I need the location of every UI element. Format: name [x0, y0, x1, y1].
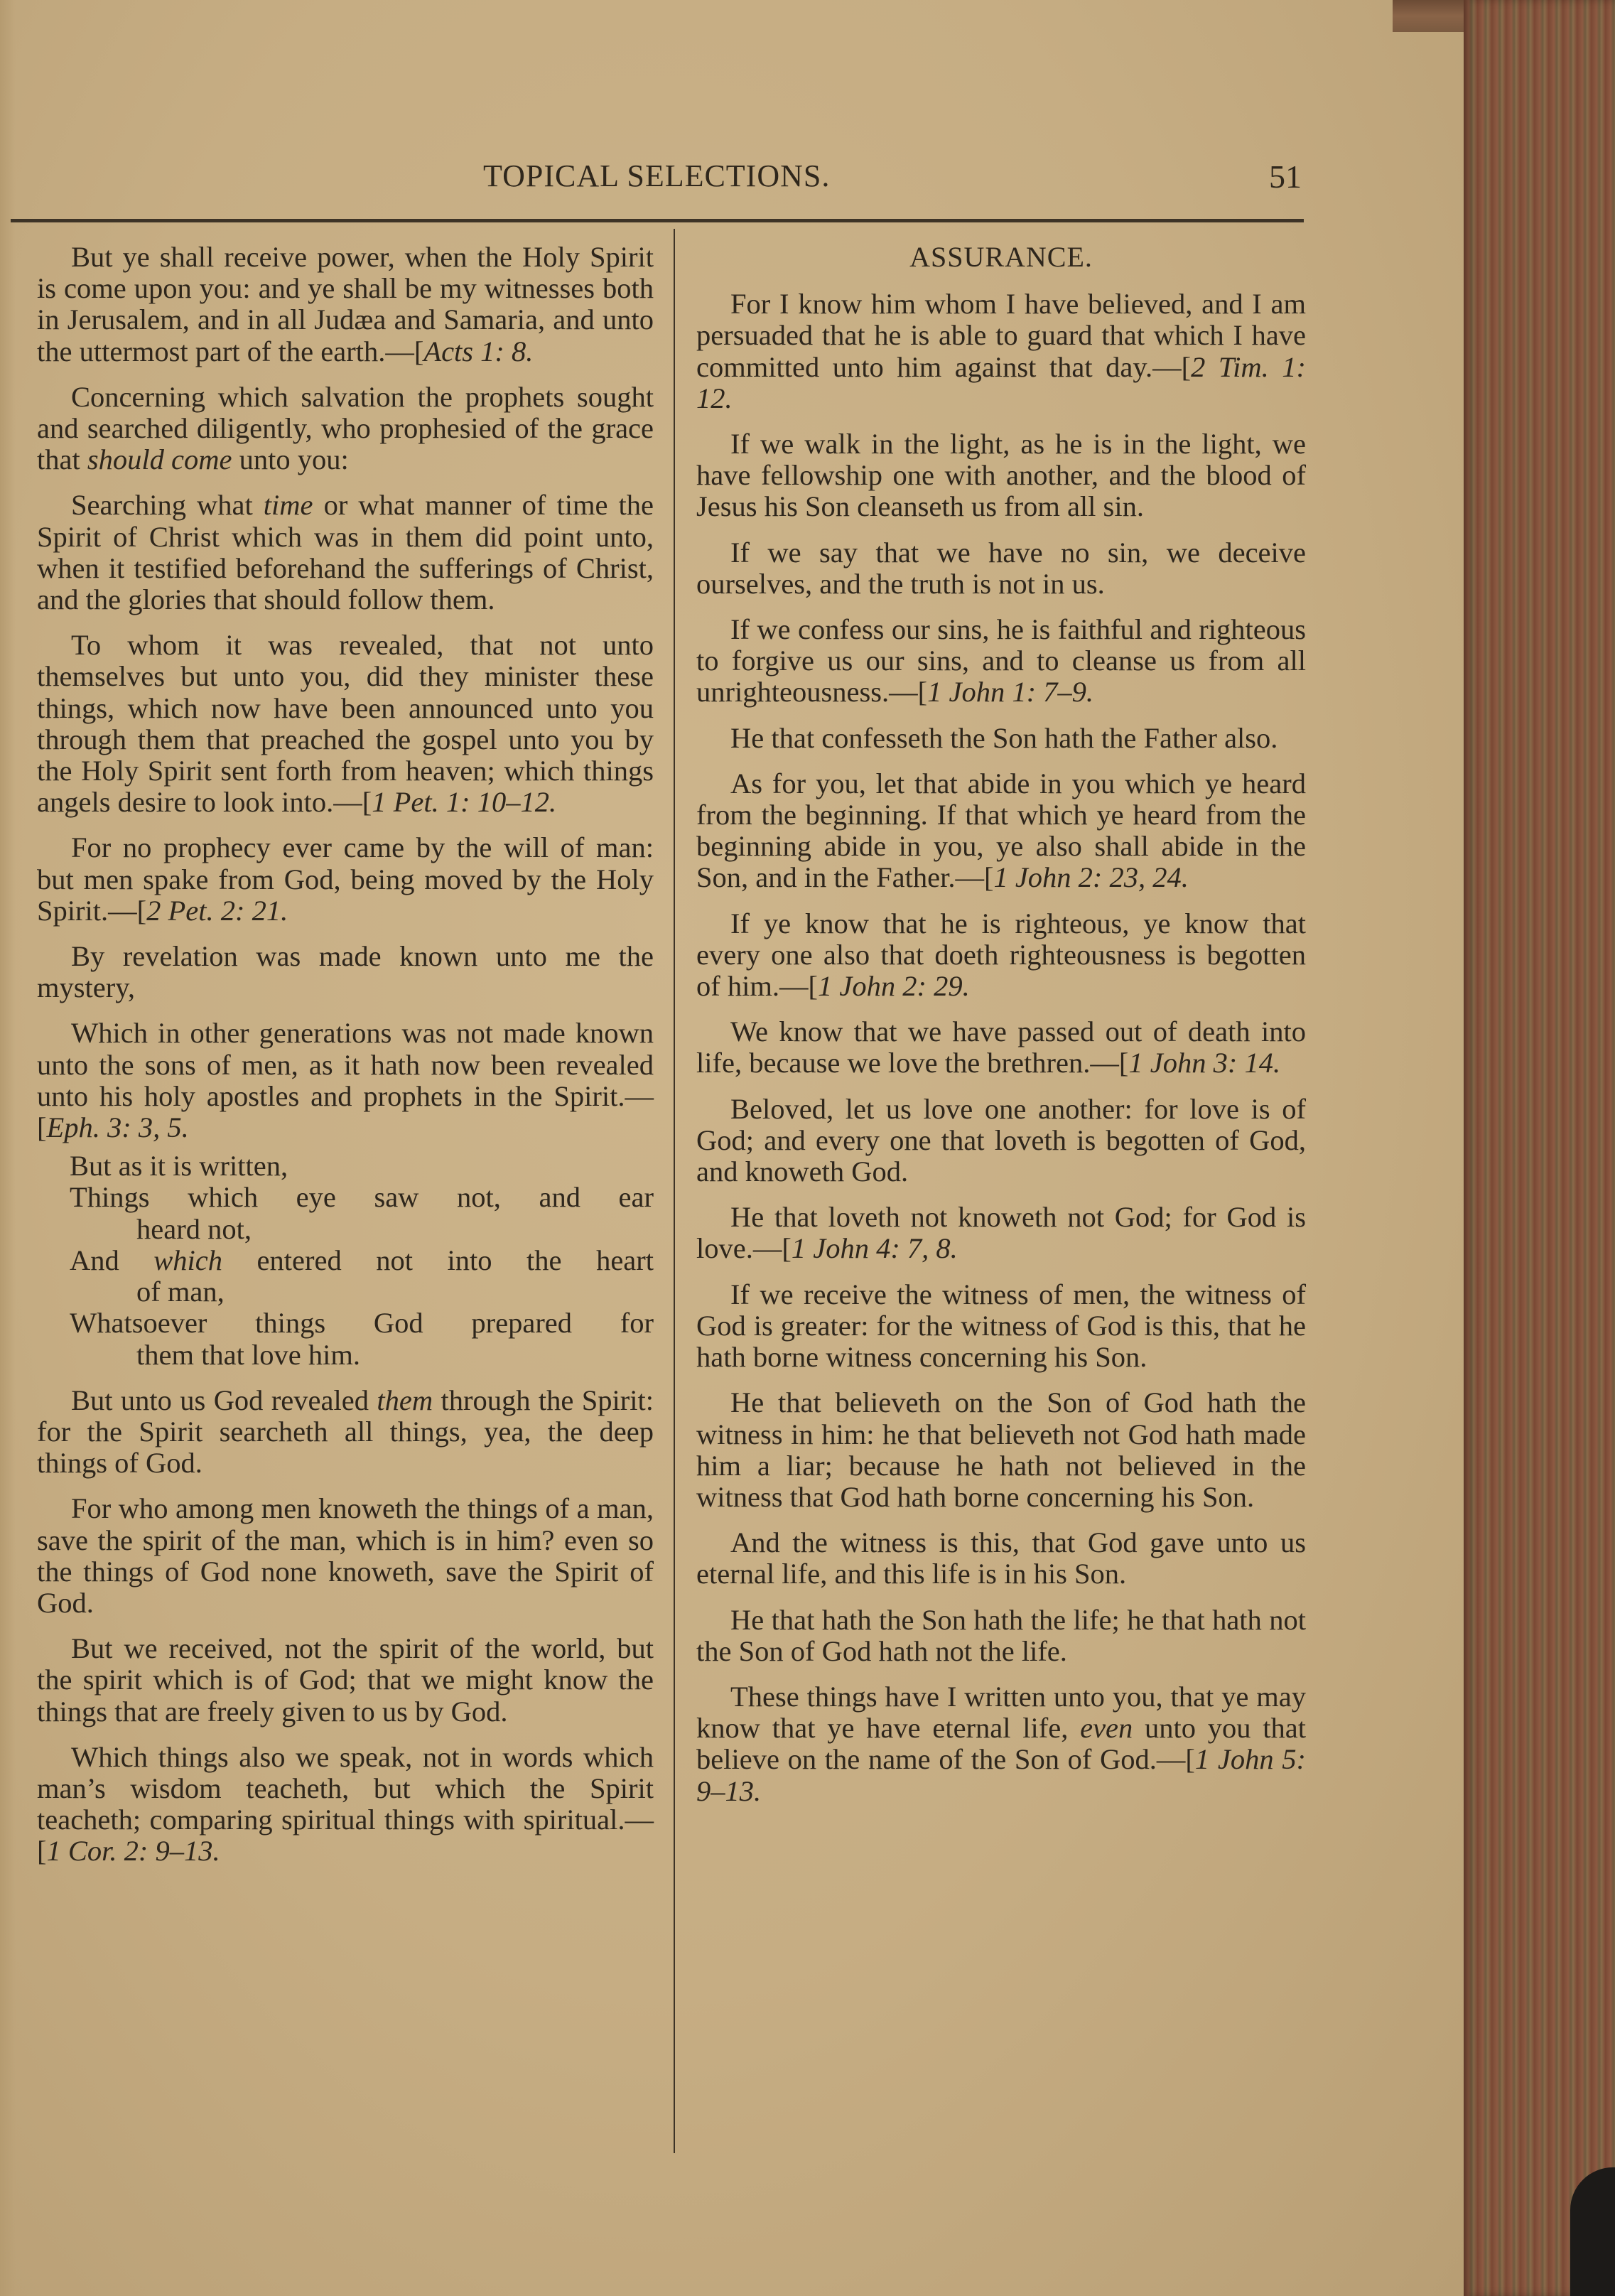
passage-no-sin: If we say that we have no sin, we de­cei…: [696, 537, 1306, 600]
passage-text: For who among men knoweth the things of …: [37, 1492, 654, 1619]
scripture-reference: 1 Pet. 1: 10–12.: [372, 786, 556, 818]
verse-line-2: And which entered not into the heart: [37, 1245, 654, 1276]
verse-text: heard not,: [136, 1213, 252, 1245]
italic-text: should come: [87, 443, 232, 475]
italic-text: them: [377, 1384, 433, 1416]
passage-text: If ye know that he is righteous, ye know…: [696, 907, 1306, 1002]
passage-concerning-salvation: Concerning which salvation the proph­ets…: [37, 382, 654, 476]
passage-beloved: Beloved, let us love one another: for lo…: [696, 1094, 1306, 1188]
verse-line-1-continued: heard not,: [37, 1214, 654, 1245]
verse-line-2-continued: of man,: [37, 1276, 654, 1308]
passage-we-received: But we received, not the spirit of the w…: [37, 1633, 654, 1728]
passage-god-revealed-them: But unto us God revealed them through th…: [37, 1385, 654, 1480]
section-heading-assurance: ASSURANCE.: [696, 242, 1306, 273]
passage-acts-1-8: But ye shall receive power, when the Hol…: [37, 242, 654, 367]
verse-text: Whatsoever things God prepared for: [70, 1307, 654, 1339]
passage-believeth-on-son: He that believeth on the Son of God hath…: [696, 1387, 1306, 1513]
verse-intro: But as it is written,: [37, 1150, 654, 1182]
passage-text: For no prophecy ever came by the will of…: [37, 831, 654, 926]
verse-text: But as it is written,: [70, 1150, 288, 1182]
passage-1-john-3-14: We know that we have passed out of death…: [696, 1016, 1306, 1079]
passage-1-john-1-7: If we confess our sins, he is faithful a…: [696, 614, 1306, 708]
passage-searching-time: Searching what time or what manner of ti…: [37, 490, 654, 615]
passage-confesseth-son: He that confesseth the Son hath the Fath…: [696, 723, 1306, 754]
scripture-reference: 1 John 2: 23, 24.: [993, 861, 1188, 893]
passage-text: But ye shall receive power, when the Hol…: [37, 241, 654, 367]
italic-text: even: [1080, 1712, 1133, 1744]
passage-text: He that confesseth the Son hath the Fath…: [730, 722, 1278, 754]
page-number: 51: [1269, 158, 1302, 195]
passage-text: unto you:: [232, 443, 348, 475]
verse-line-3-continued: them that love him.: [37, 1340, 654, 1371]
scripture-reference: 2 Pet. 2: 21.: [146, 895, 288, 927]
passage-text: If we receive the witness of men, the wi…: [696, 1278, 1306, 1373]
scripture-reference: 1 John 3: 14.: [1128, 1047, 1280, 1079]
verse-text: entered not into the heart: [222, 1244, 654, 1276]
passage-1-john-2-29: If ye know that he is righteous, ye know…: [696, 908, 1306, 1003]
background-corner: [1570, 2167, 1615, 2296]
passage-eph-3-3: Which in other generations was not made …: [37, 1018, 654, 1143]
passage-1-cor-2-9: Which things also we speak, not in words…: [37, 1742, 654, 1867]
scripture-reference: 1 John 4: 7, 8.: [792, 1232, 958, 1264]
passage-text: He that believeth on the Son of God hath…: [696, 1386, 1306, 1513]
book-fore-edge: [1464, 0, 1615, 2296]
passage-walk-in-light: If we walk in the light, as he is in the…: [696, 429, 1306, 523]
passage-1-john-4-7: He that loveth not knoweth not God; for …: [696, 1202, 1306, 1264]
passage-text: By revelation was made known unto me the…: [37, 940, 654, 1003]
scripture-reference: 1 John 1: 7–9.: [927, 676, 1093, 708]
right-column: ASSURANCE. For I know him whom I have be…: [696, 242, 1306, 1807]
passage-1-john-5-9: These things have I written unto you, th…: [696, 1681, 1306, 1807]
passage-who-among-men: For who among men knoweth the things of …: [37, 1493, 654, 1619]
passage-witness-of-men: If we receive the witness of men, the wi…: [696, 1279, 1306, 1374]
passage-1-pet-1-10: To whom it was revealed, that not unto t…: [37, 630, 654, 818]
italic-text: which: [153, 1244, 222, 1276]
passage-eternal-life: And the witness is this, that God gave u…: [696, 1527, 1306, 1590]
page-gutter-shadow: [0, 0, 16, 2296]
verse-text: of man,: [136, 1276, 225, 1308]
verse-text: them that love him.: [136, 1339, 360, 1371]
column-divider: [674, 229, 675, 2153]
scripture-reference: 1 John 2: 29.: [818, 970, 970, 1002]
scripture-reference: Eph. 3: 3, 5.: [47, 1111, 189, 1143]
verse-line-3: Whatsoever things God prepared for: [37, 1308, 654, 1339]
left-column: But ye shall receive power, when the Hol…: [37, 242, 654, 1867]
header-rule: [11, 219, 1304, 222]
verse-line-1: Things which eye saw not, and ear: [37, 1182, 654, 1213]
passage-by-revelation: By revelation was made known unto me the…: [37, 941, 654, 1003]
passage-2-tim-1-12: For I know him whom I have believed, and…: [696, 289, 1306, 414]
passage-text: Beloved, let us love one another: for lo…: [696, 1093, 1306, 1187]
passage-text: If we walk in the light, as he is in the…: [696, 428, 1306, 522]
quoted-verse: But as it is written, Things which eye s…: [37, 1150, 654, 1370]
running-head: TOPICAL SELECTIONS. 51: [0, 158, 1307, 200]
passage-text: He that hath the Son hath the life; he t…: [696, 1604, 1306, 1667]
passage-text: He that loveth not knoweth not God; for …: [696, 1201, 1306, 1264]
passage-2-pet-2-21: For no prophecy ever came by the will of…: [37, 832, 654, 927]
scripture-reference: 1 Cor. 2: 9–13.: [47, 1835, 220, 1867]
italic-text: time: [264, 489, 313, 521]
passage-text: And the witness is this, that God gave u…: [696, 1526, 1306, 1590]
verse-text: Things which eye saw not, and ear: [70, 1181, 654, 1213]
passage-text: But unto us God revealed: [71, 1384, 377, 1416]
scripture-reference: Acts 1: 8.: [423, 335, 533, 367]
passage-text: To whom it was revealed, that not unto t…: [37, 629, 654, 818]
passage-text: Searching what: [71, 489, 264, 521]
running-title: TOPICAL SELECTIONS.: [483, 158, 830, 194]
passage-1-john-2-23: As for you, let that abide in you which …: [696, 768, 1306, 894]
verse-text: And: [70, 1244, 153, 1276]
passage-text: But we received, not the spirit of the w…: [37, 1632, 654, 1727]
passage-hath-the-son: He that hath the Son hath the life; he t…: [696, 1605, 1306, 1667]
passage-text: If we say that we have no sin, we de­cei…: [696, 537, 1306, 600]
